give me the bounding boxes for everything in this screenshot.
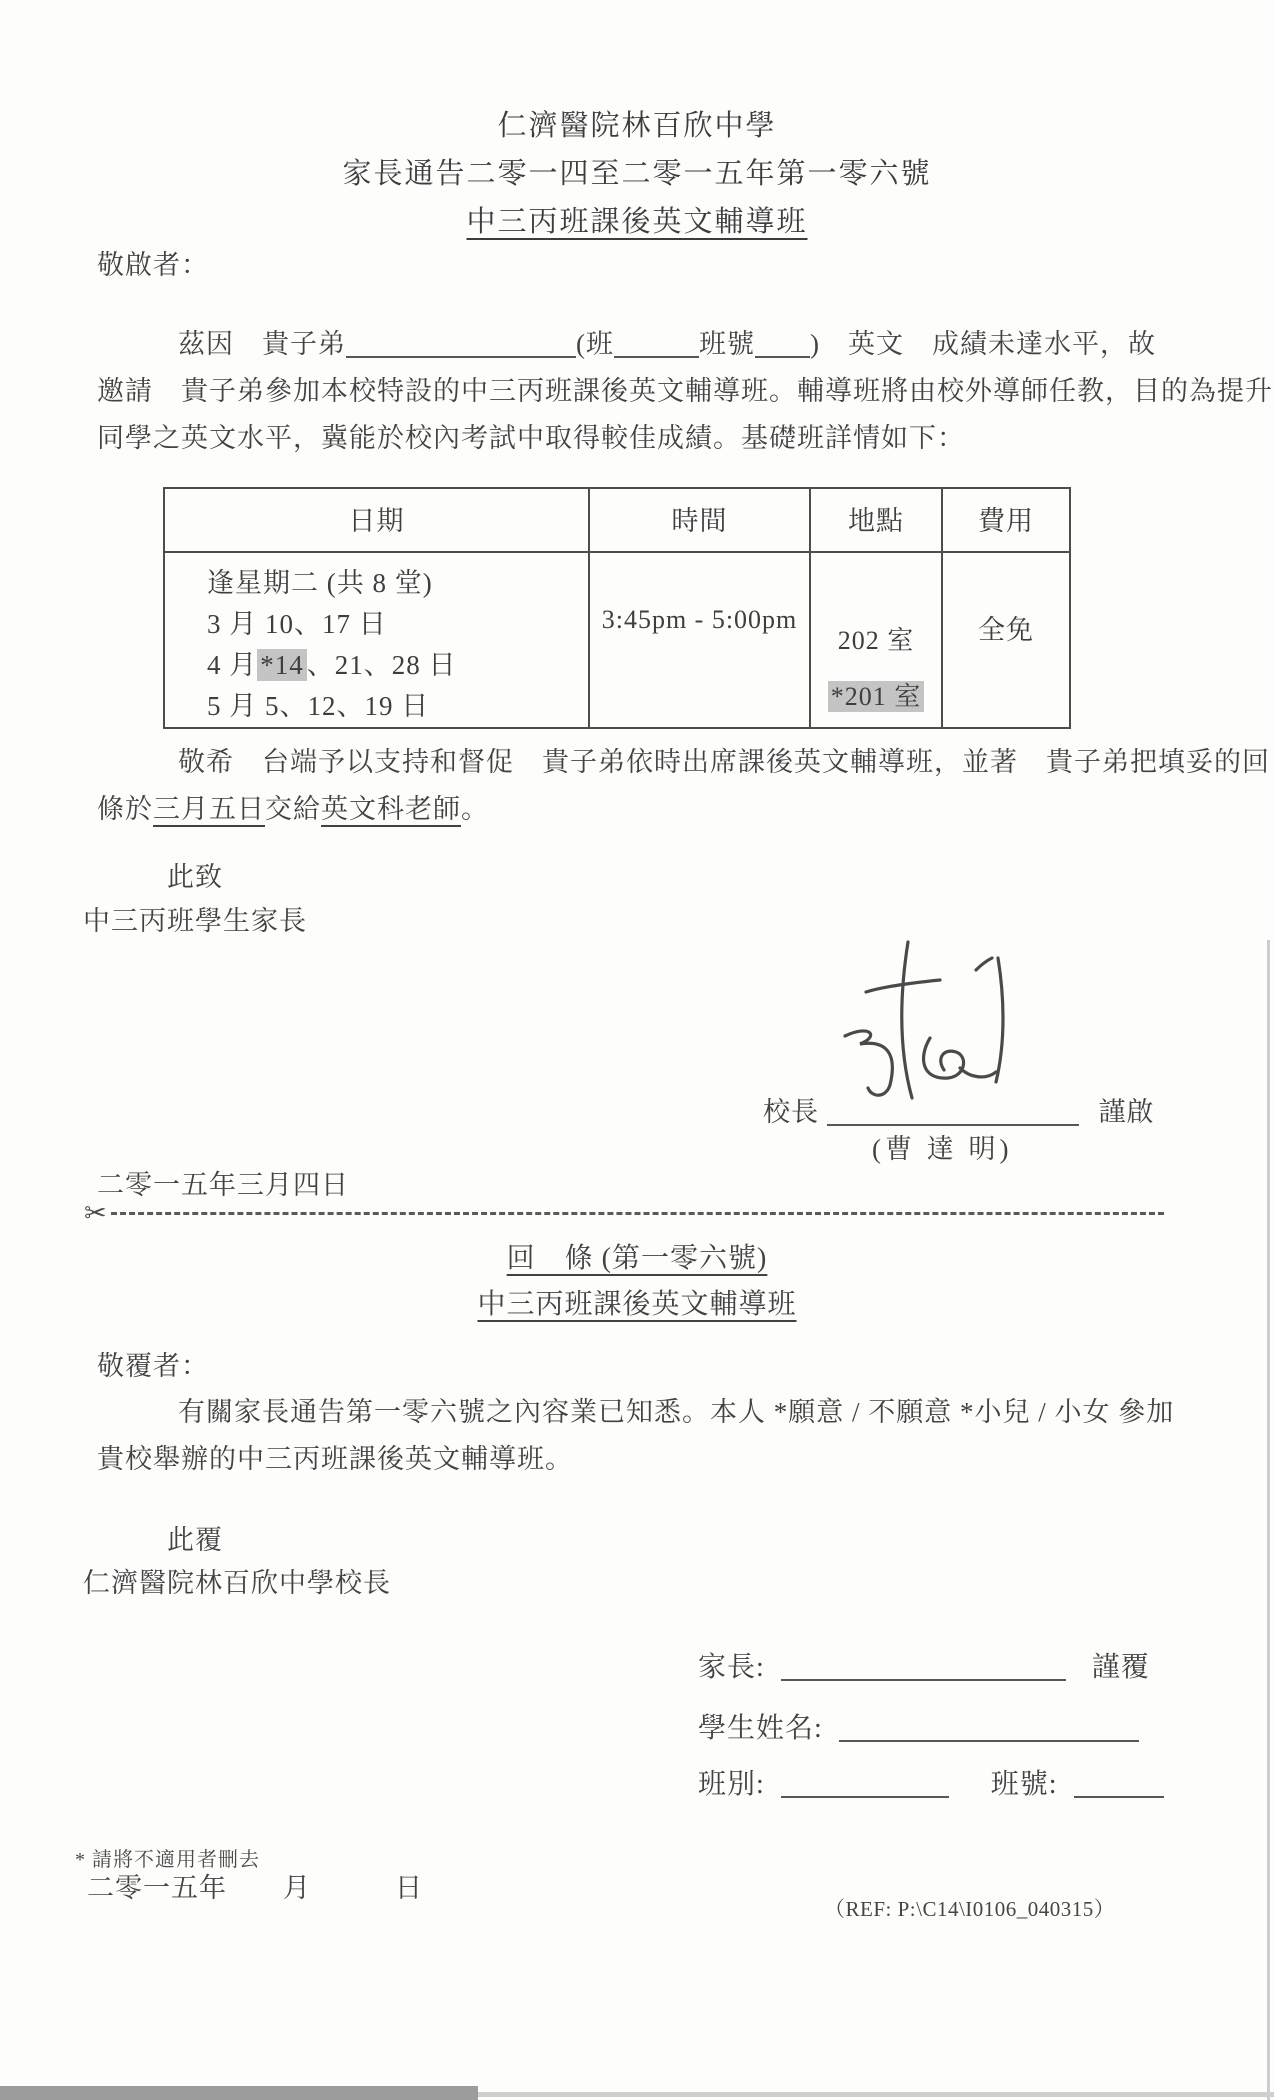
reply-closing: 此覆 (167, 1518, 223, 1557)
date-line-3-pre: 4 月 (207, 650, 257, 680)
principal-signature-icon (790, 940, 1050, 1105)
class-number-blank-reply (1074, 1768, 1164, 1798)
reply-body-line-1: 有關家長通告第一零六號之內容業已知悉。本人 *願意 / 不願意 *小兒 / 小女… (97, 1390, 1174, 1429)
parent-sign-row: 家長: 謹覆 (698, 1645, 1150, 1685)
student-name-blank (346, 328, 576, 358)
header-venue: 地點 (809, 489, 941, 553)
class-label: 班別: (698, 1769, 765, 1800)
intro-seg5: 英文 成績未達水平，故 (848, 329, 1156, 359)
principal-sign-row: 校長 謹啟 (763, 1090, 1155, 1129)
parent-respectfully-label: 謹覆 (1092, 1652, 1150, 1683)
class-row: 班別: 班號: (698, 1762, 1164, 1802)
student-name-blank-reply (839, 1712, 1139, 1742)
request-seg2: 交給 (265, 794, 321, 824)
reply-body-line-2: 貴校舉辦的中三丙班課後英文輔導班。 (97, 1437, 573, 1476)
cell-dates: 逢星期二 (共 8 堂) 3 月 10、17 日 4 月*14、21、28 日 … (165, 553, 588, 727)
scanned-notice-page: 仁濟醫院林百欣中學 家長通告二零一四至二零一五年第一零六號 中三丙班課後英文輔導… (0, 0, 1274, 2100)
reply-slip-title-2: 中三丙班課後英文輔導班 (0, 1282, 1274, 1322)
date-line-3-post: 、21、28 日 (307, 650, 457, 680)
cell-venue: 202 室 *201 室 (809, 553, 941, 727)
header-date: 日期 (165, 489, 588, 553)
class-blank-reply (781, 1768, 949, 1798)
header-time: 時間 (588, 489, 809, 553)
cut-dash-line (111, 1212, 1164, 1215)
notice-header: 仁濟醫院林百欣中學 家長通告二零一四至二零一五年第一零六號 中三丙班課後英文輔導… (0, 102, 1274, 246)
date-line-2: 3 月 10、17 日 (207, 604, 588, 645)
cell-time: 3:45pm - 5:00pm (588, 553, 809, 727)
schedule-table: 日期 時間 地點 費用 逢星期二 (共 8 堂) 3 月 10、17 日 4 月… (163, 487, 1071, 729)
notice-number-line: 家長通告二零一四至二零一五年第一零六號 (0, 150, 1274, 198)
class-number-blank (755, 328, 810, 358)
request-line-2: 條於三月五日交給英文科老師。 (97, 787, 489, 826)
reply-addressee: 仁濟醫院林百欣中學校長 (83, 1561, 391, 1600)
scan-edge-bottom-light (478, 2092, 1274, 2097)
ref-code: （REF: P:\C14\I0106_040315） (824, 1893, 1115, 1923)
deadline-date: 三月五日 (153, 794, 265, 824)
principal-signature-line (827, 1096, 1079, 1126)
parent-signature-blank (781, 1651, 1066, 1681)
notice-closing: 此致 (167, 855, 223, 894)
request-seg1: 條於 (97, 794, 153, 824)
venue-line-2: *201 室 (811, 669, 941, 725)
request-line-1: 敬希 台端予以支持和督促 貴子弟依時出席課後英文輔導班，並著 貴子弟把填妥的回 (97, 740, 1270, 779)
intro-seg3: 班號 (699, 329, 755, 359)
reply-slip-title-1: 回 條 (第一零六號) (0, 1236, 1274, 1276)
teacher-ref: 英文科老師 (321, 794, 461, 824)
intro-line-1: 茲因 貴子弟(班班號) 英文 成績未達水平，故 (97, 322, 1156, 361)
date-line-1: 逢星期二 (共 8 堂) (207, 563, 588, 604)
school-name: 仁濟醫院林百欣中學 (0, 102, 1274, 150)
cut-line: ✂ (84, 1200, 1164, 1227)
principal-label: 校長 (763, 1097, 819, 1127)
schedule-table-header-row: 日期 時間 地點 費用 (165, 489, 1069, 553)
date-line-3-highlight: *14 (257, 649, 307, 681)
reply-date-line: 二零一五年 月 日 (87, 1866, 423, 1905)
scissors-icon: ✂ (84, 1200, 107, 1227)
cell-fee: 全免 (941, 553, 1069, 727)
student-name-row: 學生姓名: (698, 1706, 1139, 1746)
notice-title: 中三丙班課後英文輔導班 (0, 198, 1274, 246)
venue-line-1: 202 室 (811, 613, 941, 669)
date-line-3: 4 月*14、21、28 日 (207, 645, 588, 686)
issue-date: 二零一五年三月四日 (97, 1163, 349, 1202)
respectfully-label: 謹啟 (1099, 1097, 1155, 1127)
reply-salutation: 敬覆者： (97, 1344, 209, 1383)
intro-seg1: 茲因 貴子弟 (178, 329, 346, 359)
scan-edge-bottom-dark (0, 2086, 478, 2100)
class-blank (614, 328, 699, 358)
intro-seg4: ) (810, 329, 848, 359)
intro-line-3: 同學之英文水平，冀能於校內考試中取得較佳成績。基礎班詳情如下： (97, 416, 965, 455)
notice-addressee: 中三丙班學生家長 (83, 899, 307, 938)
date-line-4: 5 月 5、12、19 日 (207, 686, 588, 727)
parent-label: 家長: (698, 1652, 765, 1683)
request-seg3: 。 (461, 794, 489, 824)
principal-name: (曹 達 明) (872, 1127, 1012, 1166)
salutation: 敬啟者： (97, 243, 209, 282)
intro-seg2: (班 (576, 329, 614, 359)
scan-edge-right (1267, 940, 1270, 2100)
student-name-label: 學生姓名: (698, 1713, 823, 1744)
class-number-label: 班號: (991, 1769, 1058, 1800)
notice-title-text: 中三丙班課後英文輔導班 (466, 206, 807, 238)
header-fee: 費用 (941, 489, 1069, 553)
schedule-table-body-row: 逢星期二 (共 8 堂) 3 月 10、17 日 4 月*14、21、28 日 … (165, 553, 1069, 727)
intro-line-2: 邀請 貴子弟參加本校特設的中三丙班課後英文輔導班。輔導班將由校外導師任教，目的為… (97, 369, 1273, 408)
